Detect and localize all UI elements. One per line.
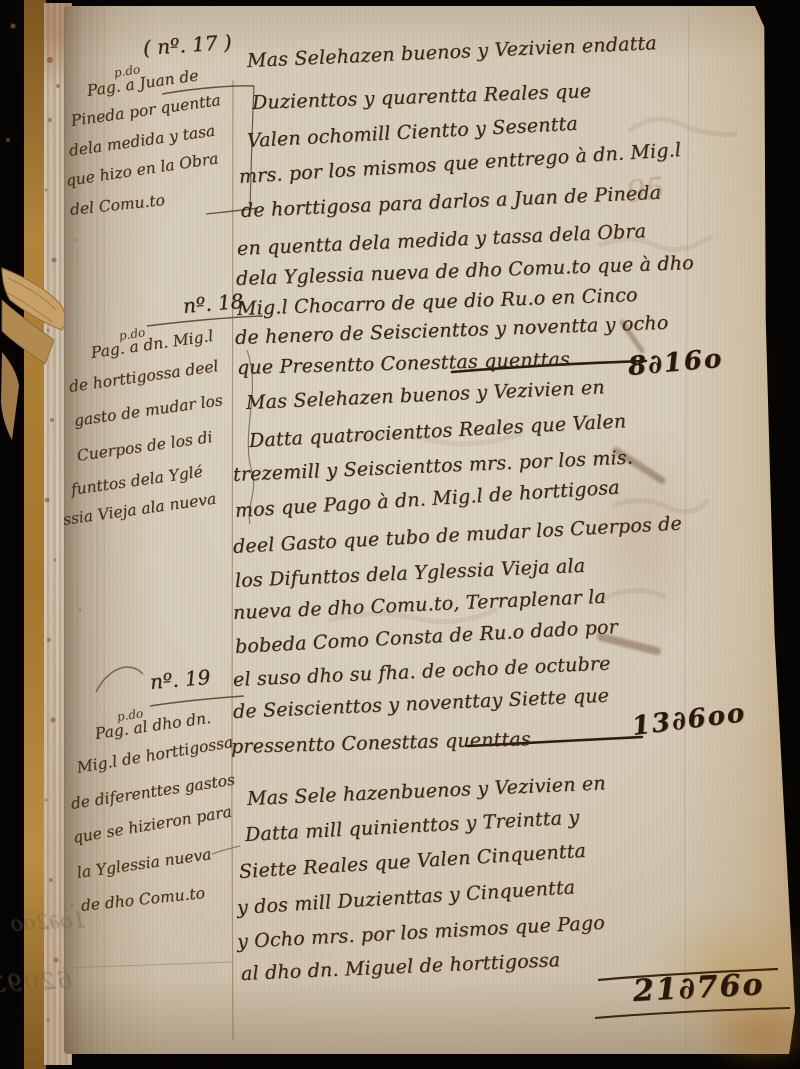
bleedthrough-number: 1o∂2oo xyxy=(10,908,87,936)
manuscript-photo: ( nº. 17 ) p.do Pag. a Juan de Pineda po… xyxy=(0,0,800,1069)
ghost-folio-number: 95 xyxy=(625,171,668,211)
page-total-amount: 21∂76o xyxy=(632,967,765,1009)
book-cover-edge xyxy=(24,0,46,1069)
bleedthrough-number: 620934 xyxy=(0,968,73,999)
paper-stain xyxy=(700,1000,800,1069)
